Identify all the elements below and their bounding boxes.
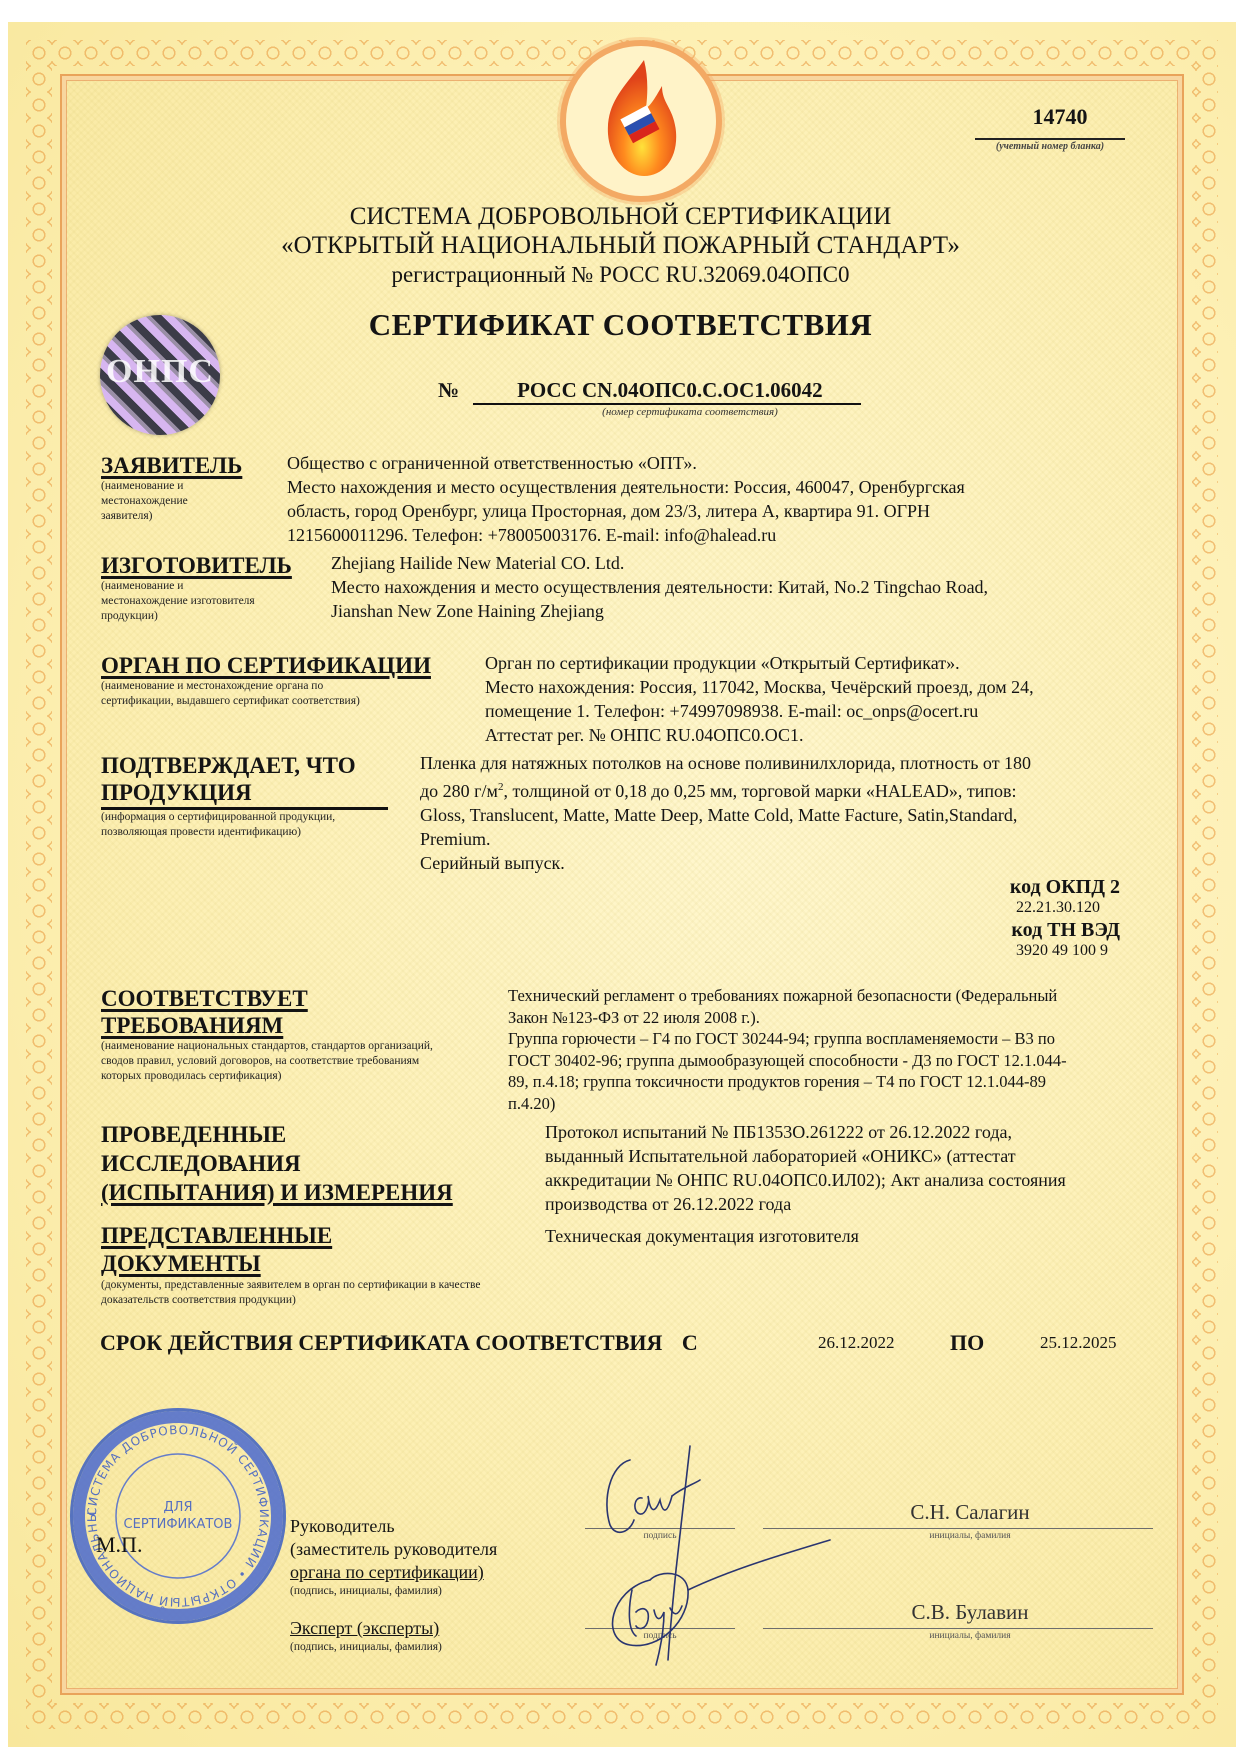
cert-body-line: Орган по сертификации продукции «Открыты… xyxy=(485,651,1185,675)
cert-body-line: помещение 1. Телефон: +74997098938. E-ma… xyxy=(485,699,1185,723)
tests-line: производства от 26.12.2022 года xyxy=(545,1192,1195,1216)
cert-body-label: ОРГАН ПО СЕРТИФИКАЦИИ xyxy=(101,653,431,678)
head-label-line3: органа по сертификации) xyxy=(290,1562,484,1582)
tnved-label: код ТН ВЭД xyxy=(920,919,1120,942)
okpd-value: 22.21.30.120 xyxy=(920,899,1120,917)
official-stamp-icon: СИСТЕМА ДОБРОВОЛЬНОЙ СЕРТИФИКАЦИИ • ОТКР… xyxy=(70,1408,286,1624)
product-line: Пленка для натяжных потолков на основе п… xyxy=(420,751,1200,775)
manufacturer-line: Место нахождения и место осуществления д… xyxy=(331,575,1181,599)
documents-details: Техническая документация изготовителя xyxy=(545,1224,1145,1248)
flame-logo-icon xyxy=(560,40,722,202)
system-name-line1: СИСТЕМА ДОБРОВОЛЬНОЙ СЕРТИФИКАЦИИ xyxy=(0,202,1241,231)
cert-body-details: Орган по сертификации продукции «Открыты… xyxy=(485,651,1185,747)
product-line: Premium. xyxy=(420,827,1200,851)
product-text: до 280 г/м xyxy=(420,781,498,801)
head-label-line2: (заместитель руководителя xyxy=(290,1538,550,1561)
document-title: СЕРТИФИКАТ СООТВЕТСТВИЯ xyxy=(0,307,1241,343)
product-line: Серийный выпуск. xyxy=(420,851,1200,875)
requirements-sub: (наименование национальных стандартов, с… xyxy=(101,1039,441,1084)
expert-name-caption: инициалы, фамилия xyxy=(870,1631,1070,1641)
tests-line: аккредитации № ОНПС RU.04ОПС0.ИЛ02); Акт… xyxy=(545,1168,1195,1192)
blank-number: 14740 xyxy=(985,104,1135,130)
expert-signature-label: Эксперт (эксперты) (подпись, инициалы, ф… xyxy=(290,1617,550,1655)
expert-label: Эксперт (эксперты) xyxy=(290,1618,439,1638)
validity-from-date: 26.12.2022 xyxy=(818,1333,895,1353)
product-label-block: ПОДТВЕРЖДАЕТ, ЧТО ПРОДУКЦИЯ (информация … xyxy=(101,752,411,840)
tests-label-line2: ИССЛЕДОВАНИЯ xyxy=(101,1149,501,1178)
requirements-line: Технический регламент о требованиях пожа… xyxy=(508,985,1188,1007)
manufacturer-line: Jianshan New Zone Haining Zhejiang xyxy=(331,599,1181,623)
manufacturer-sub: (наименование и местонахождение изготови… xyxy=(101,579,266,624)
product-line: до 280 г/м2, толщиной от 0,18 до 0,25 мм… xyxy=(420,775,1200,803)
certificate-number-caption: (номер сертификата соответствия) xyxy=(440,406,940,418)
applicant-label: ЗАЯВИТЕЛЬ xyxy=(101,453,242,478)
cert-body-sub: (наименование и местонахождение органа п… xyxy=(101,679,371,709)
head-name: С.Н. Салагин xyxy=(870,1500,1070,1525)
requirements-line: Закон №123-ФЗ от 22 июля 2008 г.). xyxy=(508,1007,1188,1029)
requirements-label-line1: СООТВЕТСТВУЕТ xyxy=(101,986,308,1011)
tests-label-block: ПРОВЕДЕННЫЕ ИССЛЕДОВАНИЯ (ИСПЫТАНИЯ) И И… xyxy=(101,1120,501,1207)
hologram-text: ОНПС xyxy=(100,353,220,391)
tests-label-line1: ПРОВЕДЕННЫЕ xyxy=(101,1120,501,1149)
documents-label-line1: ПРЕДСТАВЛЕННЫЕ xyxy=(101,1223,332,1248)
validity-to-date: 25.12.2025 xyxy=(1040,1333,1117,1353)
requirements-label-line2: ТРЕБОВАНИЯМ xyxy=(101,1013,283,1038)
cert-body-line: Аттестат рег. № ОНПС RU.04ОПС0.ОС1. xyxy=(485,723,1185,747)
validity-from-label: С xyxy=(682,1330,698,1355)
documents-label-line2: ДОКУМЕНТЫ xyxy=(101,1251,261,1276)
certificate-number-value: РОСС CN.04ОПС0.С.ОС1.06042 xyxy=(473,378,860,405)
tests-line: Протокол испытаний № ПБ1353О.261222 от 2… xyxy=(545,1120,1195,1144)
number-sign: № xyxy=(438,378,459,402)
product-text: , толщиной от 0,18 до 0,25 мм, торговой … xyxy=(503,781,1016,801)
applicant-details: Общество с ограниченной ответственностью… xyxy=(287,451,1187,547)
validity-label: СРОК ДЕЙСТВИЯ СЕРТИФИКАТА СООТВЕТСТВИЯ xyxy=(100,1330,662,1355)
applicant-sub: (наименование и местонахождение заявител… xyxy=(101,479,221,524)
handwritten-signatures-icon xyxy=(590,1440,890,1670)
manufacturer-label-block: ИЗГОТОВИТЕЛЬ (наименование и местонахожд… xyxy=(101,552,321,624)
product-label-line1: ПОДТВЕРЖДАЕТ, ЧТО xyxy=(101,752,411,779)
registration-number: регистрационный № РОСС RU.32069.04ОПС0 xyxy=(0,260,1241,289)
product-codes: код ОКПД 2 22.21.30.120 код ТН ВЭД 3920 … xyxy=(920,876,1120,960)
requirements-line: п.4.20) xyxy=(508,1093,1188,1115)
tests-line: выданный Испытательной лабораторией «ОНИ… xyxy=(545,1144,1195,1168)
expert-name: С.В. Булавин xyxy=(870,1600,1070,1625)
expert-label-sub: (подпись, инициалы, фамилия) xyxy=(290,1640,550,1655)
head-signature-label: Руководитель (заместитель руководителя о… xyxy=(290,1515,550,1599)
head-label-sub: (подпись, инициалы, фамилия) xyxy=(290,1584,550,1599)
manufacturer-line: Zhejiang Hailide New Material CO. Ltd. xyxy=(331,551,1181,575)
cert-body-line: Место нахождения: Россия, 117042, Москва… xyxy=(485,675,1185,699)
product-line: Gloss, Translucent, Matte, Matte Deep, M… xyxy=(420,803,1200,827)
stamp-center-line1: ДЛЯ xyxy=(164,1500,193,1515)
validity-to-label: ПО xyxy=(950,1330,984,1356)
manufacturer-label: ИЗГОТОВИТЕЛЬ xyxy=(101,553,292,578)
applicant-line: 1215600011296. Телефон: +78005003176. E-… xyxy=(287,523,1187,547)
validity-period: СРОК ДЕЙСТВИЯ СЕРТИФИКАТА СООТВЕТСТВИЯ С xyxy=(100,1330,698,1356)
requirements-line: Группа горючести – Г4 по ГОСТ 30244-94; … xyxy=(508,1028,1188,1050)
product-label-line2: ПРОДУКЦИЯ xyxy=(101,780,252,805)
applicant-line: Место нахождения и место осуществления д… xyxy=(287,475,1187,499)
stamp-center-line2: СЕРТИФИКАТОВ xyxy=(124,1517,233,1532)
tests-details: Протокол испытаний № ПБ1353О.261222 от 2… xyxy=(545,1120,1195,1216)
head-name-caption: инициалы, фамилия xyxy=(870,1531,1070,1541)
product-sub: (информация о сертифицированной продукци… xyxy=(101,810,401,840)
documents-sub: (документы, представленные заявителем в … xyxy=(101,1278,531,1308)
system-name-line2: «ОТКРЫТЫЙ НАЦИОНАЛЬНЫЙ ПОЖАРНЫЙ СТАНДАРТ… xyxy=(0,231,1241,260)
blank-number-caption: (учетный номер бланка) xyxy=(975,141,1125,152)
applicant-line: область, город Оренбург, улица Просторна… xyxy=(287,499,1187,523)
documents-label-block: ПРЕДСТАВЛЕННЫЕ ДОКУМЕНТЫ (документы, пре… xyxy=(101,1222,531,1308)
cert-body-label-block: ОРГАН ПО СЕРТИФИКАЦИИ (наименование и ме… xyxy=(101,652,481,709)
seal-place-label: М.П. xyxy=(96,1532,142,1558)
requirements-details: Технический регламент о требованиях пожа… xyxy=(508,985,1188,1114)
head-label-line1: Руководитель xyxy=(290,1515,550,1538)
tnved-value: 3920 49 100 9 xyxy=(920,942,1120,960)
applicant-label-block: ЗАЯВИТЕЛЬ (наименование и местонахождени… xyxy=(101,452,281,524)
requirements-line: 89, п.4.18; группа токсичности продуктов… xyxy=(508,1071,1188,1093)
okpd-label: код ОКПД 2 xyxy=(920,876,1120,899)
tests-label-line3: (ИСПЫТАНИЯ) И ИЗМЕРЕНИЯ xyxy=(101,1180,453,1205)
certificate-number: №РОСС CN.04ОПС0.С.ОС1.06042 xyxy=(438,378,861,405)
manufacturer-details: Zhejiang Hailide New Material CO. Ltd. М… xyxy=(331,551,1181,623)
requirements-line: ГОСТ 30402-96; группа дымообразующей спо… xyxy=(508,1050,1188,1072)
blank-number-line xyxy=(975,138,1125,140)
requirements-label-block: СООТВЕТСТВУЕТ ТРЕБОВАНИЯМ (наименование … xyxy=(101,985,461,1084)
applicant-line: Общество с ограниченной ответственностью… xyxy=(287,451,1187,475)
product-details: Пленка для натяжных потолков на основе п… xyxy=(420,751,1200,875)
